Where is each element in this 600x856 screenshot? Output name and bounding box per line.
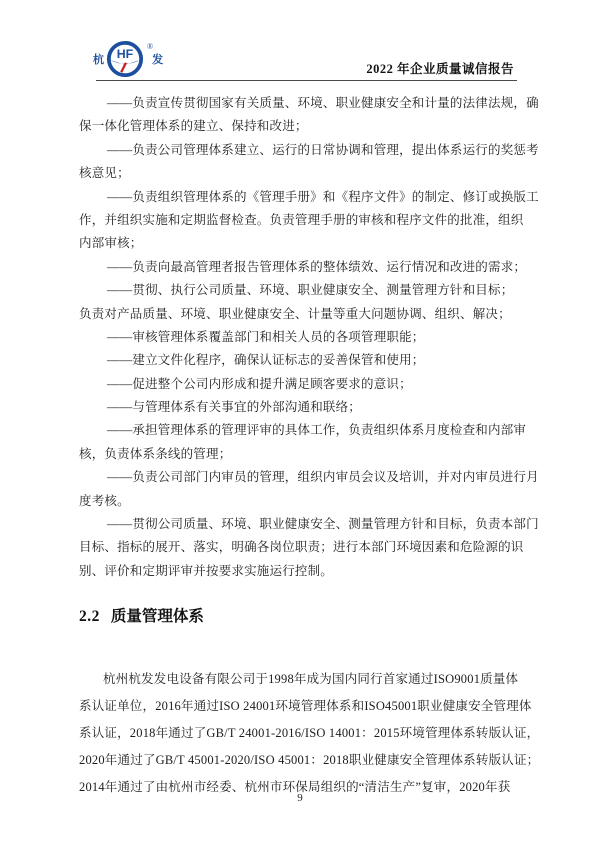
svg-text:HF: HF bbox=[117, 47, 134, 61]
text-line: 作，并组织实施和定期监督检查。负责管理手册的审核和程序文件的批准，组织 bbox=[79, 209, 539, 232]
text-line: ——与管理体系有关事宜的外部沟通和联络； bbox=[79, 396, 539, 419]
quality-system-paragraph: 杭州杭发发电设备有限公司于1998年成为国内同行首家通过ISO9001质量体 系… bbox=[79, 666, 544, 801]
text-line: 系认证单位，2016年通过ISO 24001环境管理体系和ISO45001职业健… bbox=[79, 693, 544, 720]
text-line: ——负责公司管理体系建立、运行的日常协调和管理，提出体系运行的奖惩考 bbox=[79, 139, 539, 162]
report-title: 2022 年企业质量诚信报告 bbox=[366, 59, 514, 77]
text-line: 杭州杭发发电设备有限公司于1998年成为国内同行首家通过ISO9001质量体 bbox=[79, 666, 544, 693]
text-line: ——承担管理体系的管理评审的具体工作，负责组织体系月度检查和内部审 bbox=[79, 419, 539, 442]
text-line: 度考核。 bbox=[79, 490, 539, 513]
text-line: 内部审核； bbox=[79, 232, 539, 255]
section-title: 质量管理体系 bbox=[111, 608, 204, 625]
text-line: 系认证，2018年通过了GB/T 24001-2016/ISO 14001：20… bbox=[79, 720, 544, 747]
section-number: 2.2 bbox=[79, 608, 100, 625]
logo-hang-character: 杭 bbox=[93, 51, 104, 67]
company-logo: 杭 HF ® 发 bbox=[93, 40, 163, 78]
text-line: ——负责向最高管理者报告管理体系的整体绩效、运行情况和改进的需求； bbox=[79, 256, 539, 279]
document-page: 杭 HF ® 发 2022 年企业质量诚信报告 ——负责宣传贯彻国家有关质量、环… bbox=[0, 0, 600, 856]
text-line: 2020年通过了GB/T 45001-2020/ISO 45001：2018职业… bbox=[79, 747, 544, 774]
text-line: 负责对产品质量、环境、职业健康安全、计量等重大问题协调、组织、解决； bbox=[79, 303, 539, 326]
text-line: ——建立文件化程序，确保认证标志的妥善保管和使用； bbox=[79, 349, 539, 372]
text-line: ——负责组织管理体系的《管理手册》和《程序文件》的制定、修订或换版工 bbox=[79, 186, 539, 209]
registered-trademark-icon: ® bbox=[147, 42, 153, 51]
text-line: 保一体化管理体系的建立、保持和改进； bbox=[79, 115, 539, 138]
text-line: ——贯彻公司质量、环境、职业健康安全、测量管理方针和目标，负责本部门 bbox=[79, 513, 539, 536]
text-line: ——负责公司部门内审员的管理，组织内审员会议及培训，并对内审员进行月 bbox=[79, 466, 539, 489]
text-line: ——促进整个公司内形成和提升满足顾客要求的意识； bbox=[79, 373, 539, 396]
text-line: 核，负责体系条线的管理； bbox=[79, 443, 539, 466]
text-line: ——审核管理体系覆盖部门和相关人员的各项管理职能； bbox=[79, 326, 539, 349]
logo-fa-character: 发 bbox=[152, 51, 163, 67]
page-number: 9 bbox=[0, 792, 600, 804]
text-line: 核意见； bbox=[79, 162, 539, 185]
duty-list: ——负责宣传贯彻国家有关质量、环境、职业健康安全和计量的法律法规，确 保一体化管… bbox=[79, 92, 539, 583]
text-line: 别、评价和定期评审并按要求实施运行控制。 bbox=[79, 560, 539, 583]
hf-emblem-icon: HF bbox=[106, 40, 144, 78]
text-line: ——负责宣传贯彻国家有关质量、环境、职业健康安全和计量的法律法规，确 bbox=[79, 92, 539, 115]
header-divider bbox=[96, 80, 517, 81]
text-line: 目标、指标的展开、落实，明确各岗位职责；进行本部门环境因素和危险源的识 bbox=[79, 536, 539, 559]
section-heading: 2.2质量管理体系 bbox=[79, 604, 204, 626]
text-line: ——贯彻、执行公司质量、环境、职业健康安全、测量管理方针和目标； bbox=[79, 279, 539, 302]
